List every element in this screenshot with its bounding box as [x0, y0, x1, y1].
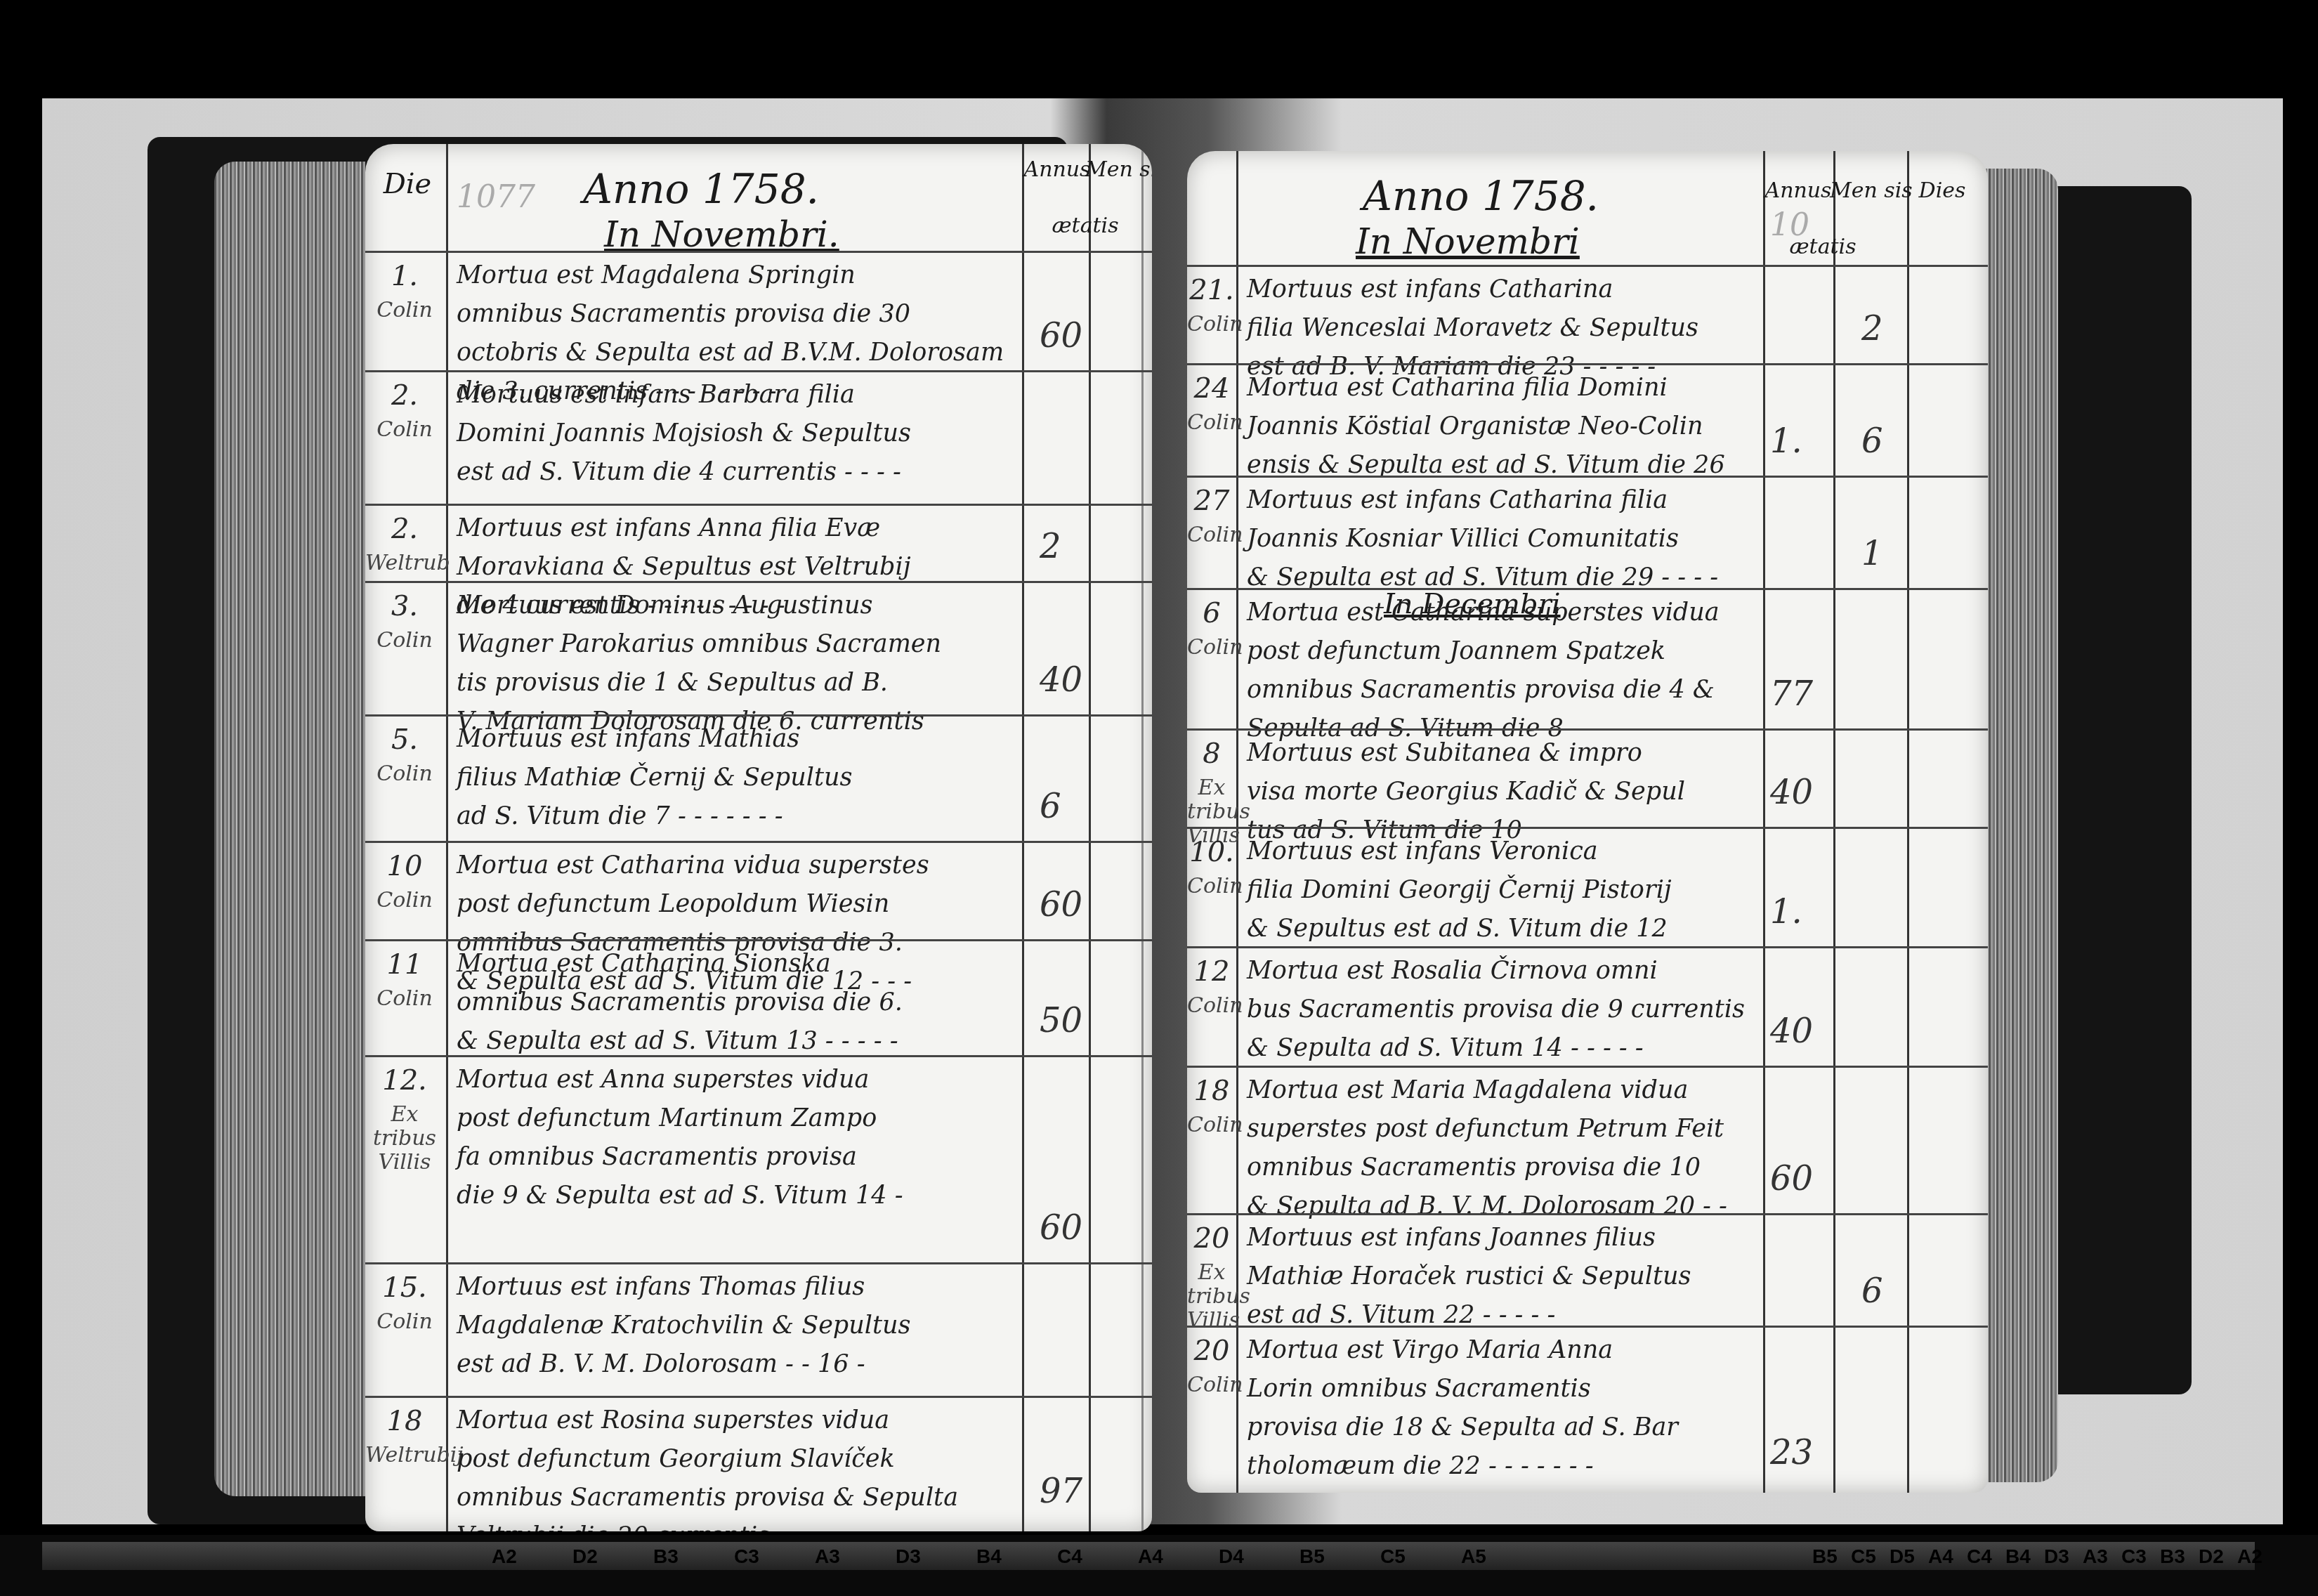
row-divider [365, 714, 1152, 717]
entry-age-years: 50 [1040, 1001, 1082, 1040]
entry-place: Colin [365, 889, 444, 913]
entry-place: Colin [1187, 313, 1236, 336]
film-frame-label: B3 [2160, 1545, 2185, 1568]
film-frame-label: D5 [1890, 1545, 1915, 1568]
right-page: Anno 1758. In Novembri Annus Men sis Die… [1187, 151, 1988, 1493]
row-divider [365, 841, 1152, 843]
register-entry: 10ColinMortua est Catharina vidua supers… [365, 846, 1152, 945]
pencil-folio-number: 1077 [457, 179, 535, 215]
entry-age-months: 1 [1861, 534, 1883, 573]
entry-day: 12. [365, 1064, 444, 1097]
film-frame-label: D2 [572, 1545, 598, 1568]
entry-day: 21. [1187, 274, 1236, 306]
film-frame-label: D4 [1219, 1545, 1244, 1568]
row-divider [1187, 265, 1988, 267]
col-header-months: Men sis [1085, 158, 1148, 182]
page-title: Anno 1758. [583, 165, 819, 213]
register-entry: 20ColinMortua est Virgo Maria Anna Lorin… [1187, 1331, 1988, 1493]
entry-age-years: 60 [1040, 316, 1082, 355]
film-frame-label: C5 [1851, 1545, 1876, 1568]
entry-place: Colin [365, 762, 444, 786]
row-divider [365, 504, 1152, 506]
entry-place: Ex tribus Villis [365, 1103, 444, 1175]
entry-age-years: 60 [1770, 1159, 1813, 1198]
row-divider [365, 370, 1152, 372]
register-entry: 1.ColinMortua est Magdalena Springin omn… [365, 256, 1152, 376]
register-entry: 12.Ex tribus VillisMortua est Anna super… [365, 1061, 1152, 1268]
entry-age-months: 6 [1861, 421, 1883, 461]
film-frame-label: D3 [896, 1545, 921, 1568]
entry-day: 20 [1187, 1335, 1236, 1367]
entry-text: Mortua est Maria Magdalena vidua superst… [1247, 1071, 1727, 1226]
film-frame-label: B5 [1812, 1545, 1838, 1568]
row-divider [1187, 588, 1988, 590]
col-header-days: Dies [1904, 179, 1981, 203]
row-divider [1187, 1213, 1988, 1215]
entry-place: Colin [1187, 636, 1236, 660]
register-entry: 21.ColinMortuus est infans Catharina fil… [1187, 270, 1988, 369]
entry-place: Colin [365, 299, 444, 322]
film-frame-label: C3 [2121, 1545, 2147, 1568]
register-entry: 18WeltrubijMortua est Rosina superstes v… [365, 1401, 1152, 1531]
entry-place: Ex tribus Villis [1187, 1261, 1236, 1333]
register-entry: 15.ColinMortuus est infans Thomas filius… [365, 1268, 1152, 1401]
film-frame-label: B4 [976, 1545, 1002, 1568]
page-edges-left [214, 162, 365, 1496]
entry-text: Mortuus est infans Veronica filia Domini… [1247, 832, 1672, 948]
entry-age-years: 23 [1770, 1433, 1813, 1472]
entry-text: Mortua est Catharina Sionska omnibus Sac… [457, 945, 903, 1061]
col-header-age: ætatis [1040, 214, 1131, 238]
entry-day: 10. [1187, 836, 1236, 868]
register-entry: 20Ex tribus VillisMortuus est infans Joa… [1187, 1219, 1988, 1331]
entry-day: 5. [365, 724, 444, 756]
film-frame-label: B5 [1299, 1545, 1325, 1568]
register-entry: 12ColinMortua est Rosalia Čirnova omni b… [1187, 952, 1988, 1071]
entry-age-years: 40 [1770, 773, 1813, 812]
film-frame-label: A2 [492, 1545, 517, 1568]
entry-day: 2. [365, 513, 444, 545]
pencil-number: 10 [1770, 207, 1809, 243]
register-entry: 5.ColinMortuus est infans Mathias filius… [365, 720, 1152, 846]
entry-text: Mortuus est infans Catharina filia Joann… [1247, 481, 1718, 597]
month-heading-november: In Novembri [1356, 221, 1580, 262]
film-frame-label: A4 [1928, 1545, 1953, 1568]
register-entry: 27ColinMortuus est infans Catharina fili… [1187, 481, 1988, 594]
entry-age-years: 77 [1770, 674, 1813, 714]
entry-place: Weltrub [365, 551, 444, 575]
entry-day: 10 [365, 850, 444, 882]
entry-day: 27 [1187, 485, 1236, 517]
entry-age-months: 6 [1861, 1271, 1883, 1311]
entry-age-years: 1. [1770, 892, 1802, 931]
film-frame-label: D2 [2199, 1545, 2224, 1568]
entry-day: 8 [1187, 738, 1236, 770]
row-divider [365, 581, 1152, 583]
entry-place: Colin [365, 418, 444, 442]
film-frame-label: C5 [1380, 1545, 1406, 1568]
entry-day: 6 [1187, 597, 1236, 629]
film-frame-label: A2 [2237, 1545, 2263, 1568]
row-divider [1187, 827, 1988, 829]
film-frame-label: A3 [2083, 1545, 2108, 1568]
entry-text: Mortua est Rosina superstes vidua post d… [457, 1401, 958, 1531]
entry-day: 18 [1187, 1075, 1236, 1107]
row-divider [365, 1262, 1152, 1264]
register-entry: 2.ColinMortuus est infans Barbara filia … [365, 376, 1152, 509]
month-heading: In Novembri. [604, 214, 839, 255]
entry-day: 3. [365, 590, 444, 622]
film-frame-label: C3 [734, 1545, 759, 1568]
page-edges-right [1981, 169, 2058, 1482]
film-frame-label: C4 [1967, 1545, 1992, 1568]
entry-age-years: 40 [1040, 660, 1082, 700]
entry-text: Mortuus est infans Mathias filius Mathiæ… [457, 720, 853, 836]
entry-age-years: 6 [1040, 787, 1061, 826]
film-frame-label: A3 [815, 1545, 840, 1568]
entry-age-years: 1. [1770, 421, 1802, 461]
register-entry: 24ColinMortua est Catharina filia Domini… [1187, 369, 1988, 481]
row-divider [1187, 1066, 1988, 1068]
film-frame-label: D3 [2044, 1545, 2069, 1568]
film-frame-label: A5 [1461, 1545, 1486, 1568]
entry-place: Colin [1187, 875, 1236, 898]
entry-place: Weltrubij [365, 1444, 444, 1467]
entry-place: Colin [1187, 1373, 1236, 1397]
entry-text: Mortuus est infans Joannes filius Mathiæ… [1247, 1219, 1691, 1335]
register-entry: 2.WeltrubMortuus est infans Anna filia E… [365, 509, 1152, 587]
row-divider [1187, 728, 1988, 731]
register-entry: 3.ColinMortuus est Dominus Augustinus Wa… [365, 587, 1152, 720]
entry-day: 2. [365, 379, 444, 412]
row-divider [365, 1396, 1152, 1398]
entry-day: 12 [1187, 955, 1236, 988]
register-entry: 11ColinMortua est Catharina Sionska omni… [365, 945, 1152, 1061]
entry-text: Mortuus est Dominus Augustinus Wagner Pa… [457, 587, 941, 741]
col-header-day: Die [372, 172, 443, 196]
entry-age-years: 40 [1770, 1012, 1813, 1051]
film-frame-label: C4 [1057, 1545, 1082, 1568]
entry-text: Mortua est Rosalia Čirnova omni bus Sacr… [1247, 952, 1745, 1068]
register-entry: 6ColinMortua est Catharina superstes vid… [1187, 594, 1988, 734]
register-entry: 18ColinMortua est Maria Magdalena vidua … [1187, 1071, 1988, 1219]
row-divider [365, 939, 1152, 941]
entry-day: 18 [365, 1405, 444, 1437]
film-frame-label: B4 [2005, 1545, 2031, 1568]
page-title: Anno 1758. [1363, 172, 1599, 220]
entry-age-years: 2 [1040, 527, 1061, 566]
left-page: Die 1077 Anno 1758. In Novembri. Annus M… [365, 144, 1152, 1531]
entry-day: 1. [365, 260, 444, 292]
entry-text: Mortuus est infans Barbara filia Domini … [457, 376, 911, 492]
col-header-years: Annus [1019, 158, 1096, 182]
row-divider [1187, 946, 1988, 948]
entry-age-years: 60 [1040, 1208, 1082, 1248]
film-frame-label: A4 [1138, 1545, 1163, 1568]
entry-text: Mortua est Virgo Maria Anna Lorin omnibu… [1247, 1331, 1678, 1486]
entry-place: Colin [365, 987, 444, 1011]
row-divider [365, 251, 1152, 253]
entry-text: Mortua est Anna superstes vidua post def… [457, 1061, 903, 1215]
entry-text: Mortua est Catharina superstes vidua pos… [1247, 594, 1720, 748]
entry-day: 20 [1187, 1222, 1236, 1255]
register-entry: 10.ColinMortuus est infans Veronica fili… [1187, 832, 1988, 952]
row-divider [365, 1055, 1152, 1057]
entry-day: 15. [365, 1271, 444, 1304]
entry-day: 11 [365, 948, 444, 981]
col-header-months: Men sis [1830, 179, 1907, 203]
film-frame-label: B3 [653, 1545, 679, 1568]
entry-place: Colin [365, 629, 444, 653]
entry-day: 24 [1187, 372, 1236, 405]
entry-age-months: 2 [1861, 309, 1883, 348]
entry-place: Colin [1187, 523, 1236, 547]
entry-text: Mortuus est infans Thomas filius Magdale… [457, 1268, 911, 1384]
register-entry: 8Ex tribus VillisMortuus est Subitanea &… [1187, 734, 1988, 832]
entry-place: Colin [1187, 1113, 1236, 1137]
row-divider [1187, 476, 1988, 478]
entry-age-years: 97 [1040, 1472, 1082, 1511]
entry-place: Colin [365, 1310, 444, 1334]
row-divider [1187, 363, 1988, 365]
entry-text: Mortua est Catharina filia Domini Joanni… [1247, 369, 1725, 485]
entry-place: Colin [1187, 411, 1236, 435]
col-header-years: Annus [1760, 179, 1837, 203]
entry-age-years: 60 [1040, 885, 1082, 924]
entry-place: Colin [1187, 994, 1236, 1018]
row-divider [1187, 1326, 1988, 1328]
